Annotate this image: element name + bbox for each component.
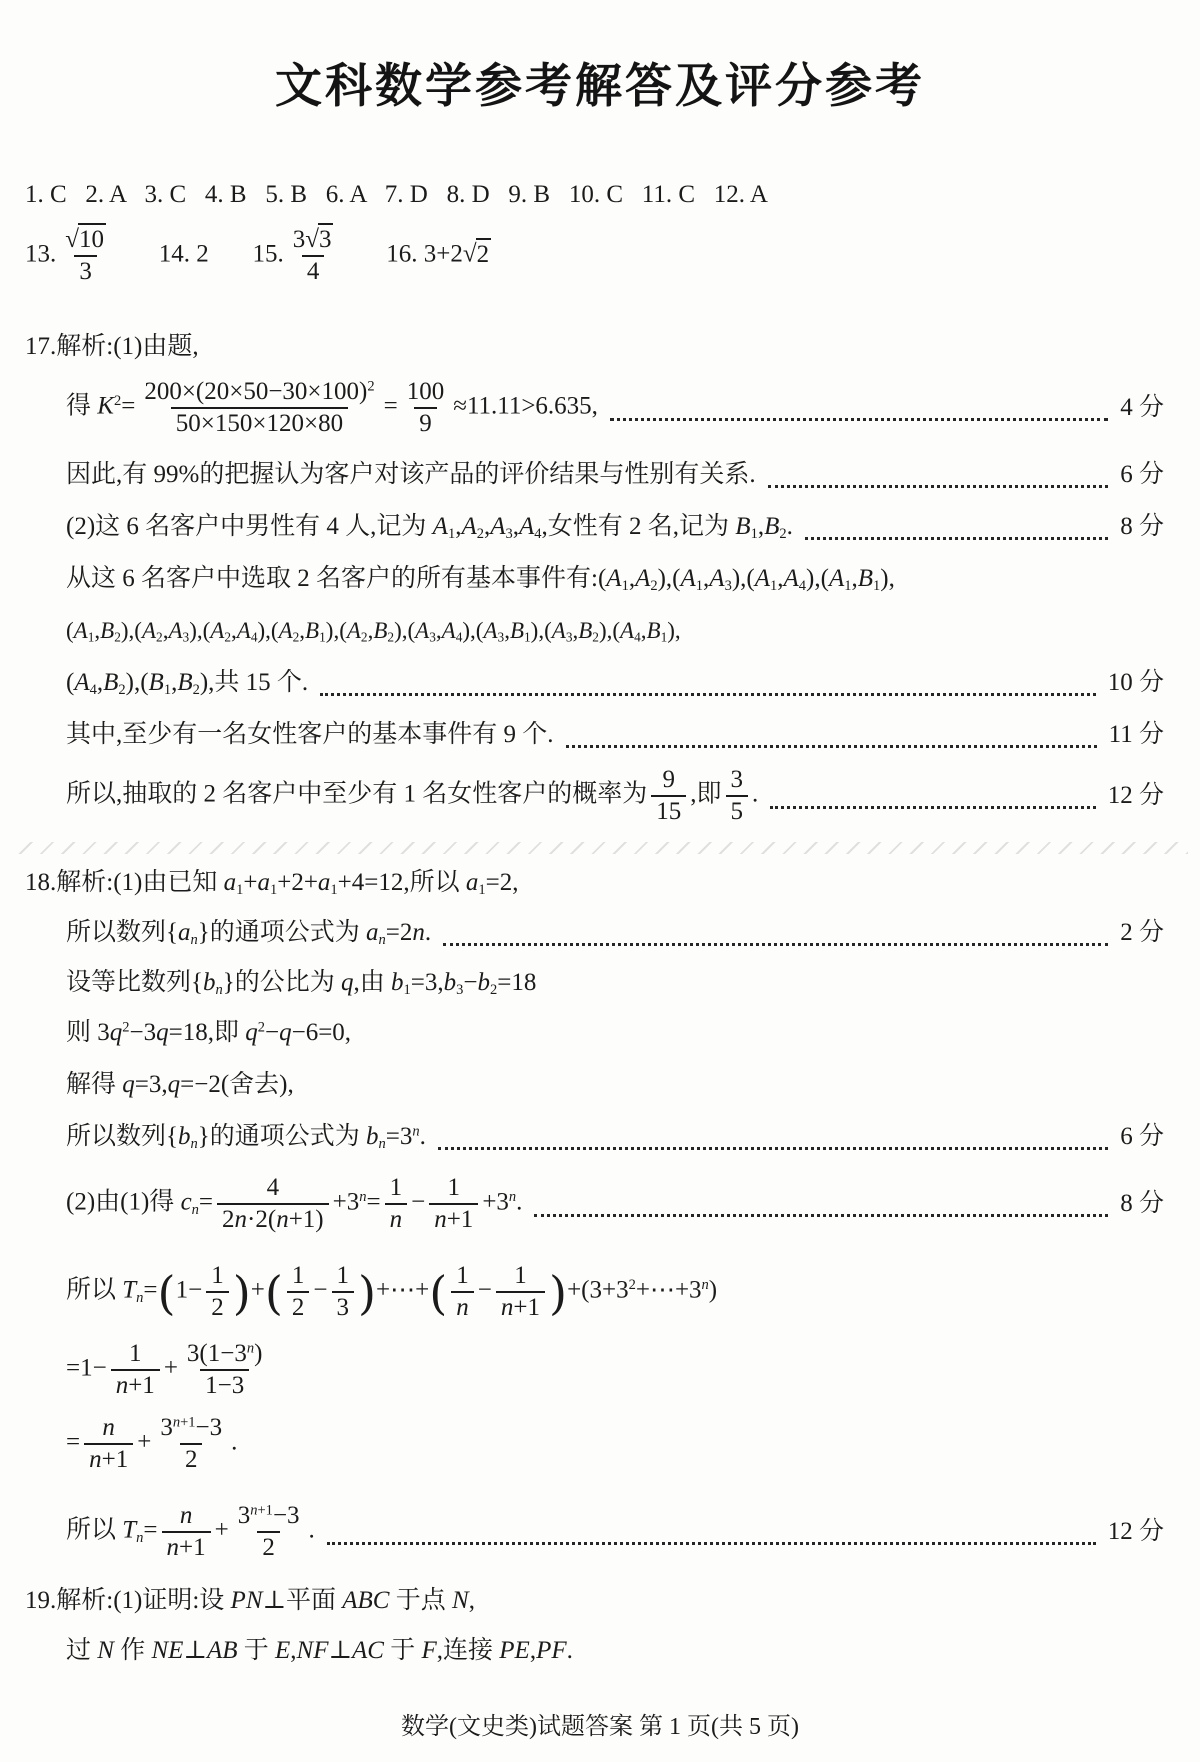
dotted-leader (443, 920, 1108, 946)
q19-construction-text: 过 N 作 NE⊥AB 于 E,NF⊥AC 于 F,连接 PE,PF. (66, 1634, 573, 1668)
dotted-leader (534, 1191, 1108, 1217)
q17-part2-customers: (2)这 6 名客户中男性有 4 人,记为 A1,A2,A3,A4,女性有 2 … (0, 510, 1200, 544)
q19-construction: 过 N 作 NE⊥AB 于 E,NF⊥AC 于 F,连接 PE,PF. (0, 1634, 1200, 1668)
q19-intro-text: 19.解析:(1)证明:设 PN⊥平面 ABC 于点 N, (25, 1584, 475, 1618)
section-divider (12, 842, 1188, 854)
q18-intro-text: 18.解析:(1)由已知 a1+a1+2+a1+4=12,所以 a1=2, (25, 866, 518, 900)
choice-answers: 1. C 2. A 3. C 4. B 5. B 6. A 7. D 8. D … (0, 178, 1200, 212)
q17-conclusion-99-text: 因此,有 99%的把握认为客户对该产品的评价结果与性别有关系. (66, 458, 756, 492)
page-footer: 数学(文史类)试题答案 第 1 页(共 5 页) (0, 1706, 1200, 1741)
q18-tn-expansion-text: 所以 Tn=(1−12)+(12−13)+⋯+(1n−1n+1)+(3+32+⋯… (66, 1262, 717, 1322)
q17-conclusion-99: 因此,有 99%的把握认为客户对该产品的评价结果与性别有关系.6 分 (0, 458, 1200, 492)
dotted-leader (768, 462, 1109, 488)
score-label: 10 分 (1108, 666, 1164, 700)
score-label: 6 分 (1120, 458, 1164, 492)
q18-tn-step2: =1−1n+1+3(1−3n)1−3 (0, 1340, 1200, 1400)
q17-probability: 所以,抽取的 2 名客户中至少有 1 名女性客户的概率为915,即35.12 分 (0, 766, 1200, 826)
fill-in-answers-text: 13.√103 14. 2 15.3√34 16. 3+2√2 (25, 226, 491, 286)
q17-events-list-1-text: 从这 6 名客户中选取 2 名客户的所有基本事件有:(A1,A2),(A1,A3… (66, 562, 895, 596)
q18-an-formula: 所以数列{an}的通项公式为 an=2n.2 分 (0, 916, 1200, 950)
q18-bn-formula: 所以数列{bn}的通项公式为 bn=3n.6 分 (0, 1120, 1200, 1154)
q17-probability-text: 所以,抽取的 2 名客户中至少有 1 名女性客户的概率为915,即35. (66, 766, 758, 826)
solution-content: 1. C 2. A 3. C 4. B 5. B 6. A 7. D 8. D … (0, 178, 1200, 1668)
dotted-leader (770, 783, 1095, 809)
choice-answers-text: 1. C 2. A 3. C 4. B 5. B 6. A 7. D 8. D … (25, 178, 768, 212)
q18-q-solution-text: 解得 q=3,q=−2(舍去), (66, 1068, 294, 1102)
q18-bn-formula-text: 所以数列{bn}的通项公式为 bn=3n. (66, 1120, 426, 1154)
q18-tn-step2-text: =1−1n+1+3(1−3n)1−3 (66, 1340, 271, 1400)
q18-tn-expansion: 所以 Tn=(1−12)+(12−13)+⋯+(1n−1n+1)+(3+32+⋯… (0, 1262, 1200, 1322)
q18-intro: 18.解析:(1)由已知 a1+a1+2+a1+4=12,所以 a1=2, (0, 866, 1200, 900)
q17-events-list-3-text: (A4,B2),(B1,B2),共 15 个. (66, 666, 308, 700)
q19-intro: 19.解析:(1)证明:设 PN⊥平面 ABC 于点 N, (0, 1584, 1200, 1618)
dotted-leader (438, 1124, 1108, 1150)
q18-tn-step3: =nn+1+3n+1−32. (0, 1414, 1200, 1474)
score-label: 8 分 (1120, 1187, 1164, 1221)
score-label: 12 分 (1108, 1515, 1164, 1549)
q18-bn-setup-text: 设等比数列{bn}的公比为 q,由 b1=3,b3−b2=18 (66, 966, 536, 1000)
q18-an-formula-text: 所以数列{an}的通项公式为 an=2n. (66, 916, 431, 950)
dotted-leader (610, 395, 1108, 421)
q18-cn-formula-text: (2)由(1)得 cn=42n·2(n+1)+3n=1n−1n+1+3n. (66, 1174, 522, 1234)
score-label: 8 分 (1120, 510, 1164, 544)
q18-cn-formula: (2)由(1)得 cn=42n·2(n+1)+3n=1n−1n+1+3n.8 分 (0, 1174, 1200, 1234)
dotted-leader (805, 514, 1108, 540)
score-label: 6 分 (1120, 1120, 1164, 1154)
q17-events-list-1: 从这 6 名客户中选取 2 名客户的所有基本事件有:(A1,A2),(A1,A3… (0, 562, 1200, 596)
dotted-leader (327, 1519, 1096, 1545)
score-label: 11 分 (1109, 718, 1164, 752)
q17-events-list-2-text: (A1,B2),(A2,A3),(A2,A4),(A2,B1),(A2,B2),… (66, 614, 681, 648)
q17-part2-customers-text: (2)这 6 名客户中男性有 4 人,记为 A1,A2,A3,A4,女性有 2 … (66, 510, 793, 544)
q17-female-events-text: 其中,至少有一名女性客户的基本事件有 9 个. (66, 718, 554, 752)
fill-in-answers: 13.√103 14. 2 15.3√34 16. 3+2√2 (0, 226, 1200, 286)
q18-tn-result: 所以 Tn=nn+1+3n+1−32.12 分 (0, 1502, 1200, 1562)
q17-female-events: 其中,至少有一名女性客户的基本事件有 9 个.11 分 (0, 718, 1200, 752)
score-label: 12 分 (1108, 779, 1164, 813)
q18-tn-step3-text: =nn+1+3n+1−32. (66, 1414, 237, 1474)
page-title: 文科数学参考解答及评分参考 (0, 58, 1200, 114)
dotted-leader (320, 670, 1096, 696)
document-page: 文科数学参考解答及评分参考 1. C 2. A 3. C 4. B 5. B 6… (0, 0, 1200, 1762)
dotted-leader (566, 722, 1097, 748)
q18-quadratic: 则 3q2−3q=18,即 q2−q−6=0, (0, 1016, 1200, 1050)
q17-intro: 17.解析:(1)由题, (0, 330, 1200, 364)
q18-bn-setup: 设等比数列{bn}的公比为 q,由 b1=3,b3−b2=18 (0, 966, 1200, 1000)
q17-events-list-2: (A1,B2),(A2,A3),(A2,A4),(A2,B1),(A2,B2),… (0, 614, 1200, 648)
q17-k2-formula: 得 K2=200×(20×50−30×100)250×150×120×80=10… (0, 378, 1200, 438)
q17-k2-formula-text: 得 K2=200×(20×50−30×100)250×150×120×80=10… (66, 378, 598, 438)
q17-events-list-3: (A4,B2),(B1,B2),共 15 个.10 分 (0, 666, 1200, 700)
score-label: 2 分 (1120, 916, 1164, 950)
score-label: 4 分 (1120, 391, 1164, 425)
q18-tn-result-text: 所以 Tn=nn+1+3n+1−32. (66, 1502, 315, 1562)
q17-intro-text: 17.解析:(1)由题, (25, 330, 199, 364)
q18-quadratic-text: 则 3q2−3q=18,即 q2−q−6=0, (66, 1016, 351, 1050)
q18-q-solution: 解得 q=3,q=−2(舍去), (0, 1068, 1200, 1102)
